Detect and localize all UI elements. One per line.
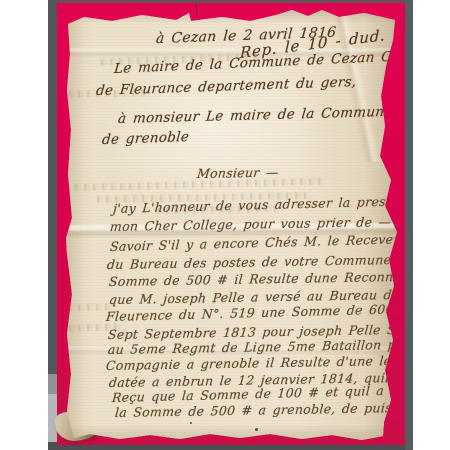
manuscript-body-line: la Somme de 500 # a grenoble, de puis Ce… <box>114 401 434 419</box>
manuscript-salutation: Monsieur — <box>196 167 279 181</box>
letter-photo-page: à Cezan le 2 avril 1816 Rep. le 10 - dud… <box>0 0 450 450</box>
manuscript-paper: à Cezan le 2 avril 1816 Rep. le 10 - dud… <box>64 8 398 442</box>
photo-border-left-bottom <box>48 442 57 450</box>
photo-crimson-mat: à Cezan le 2 avril 1816 Rep. le 10 - dud… <box>48 0 413 450</box>
photo-border-top <box>57 0 405 3</box>
photo-border-bottom <box>57 445 405 450</box>
ink-spot <box>255 428 258 431</box>
manuscript-body-line: du Bureau des postes de votre Commune un… <box>106 253 441 271</box>
manuscript-recipient-line: de grenoble <box>101 131 189 148</box>
photo-border-left-mid-patch <box>48 374 57 394</box>
ink-spot <box>190 422 192 424</box>
photo-border-right <box>405 0 413 450</box>
ink-showthrough-mark <box>66 304 112 312</box>
manuscript-body-line: Compagnie a grenoble il Resulte d'une le… <box>105 354 435 372</box>
manuscript-body-line: Somme de 500 # il Resulte dune Reconnais… <box>108 270 450 288</box>
